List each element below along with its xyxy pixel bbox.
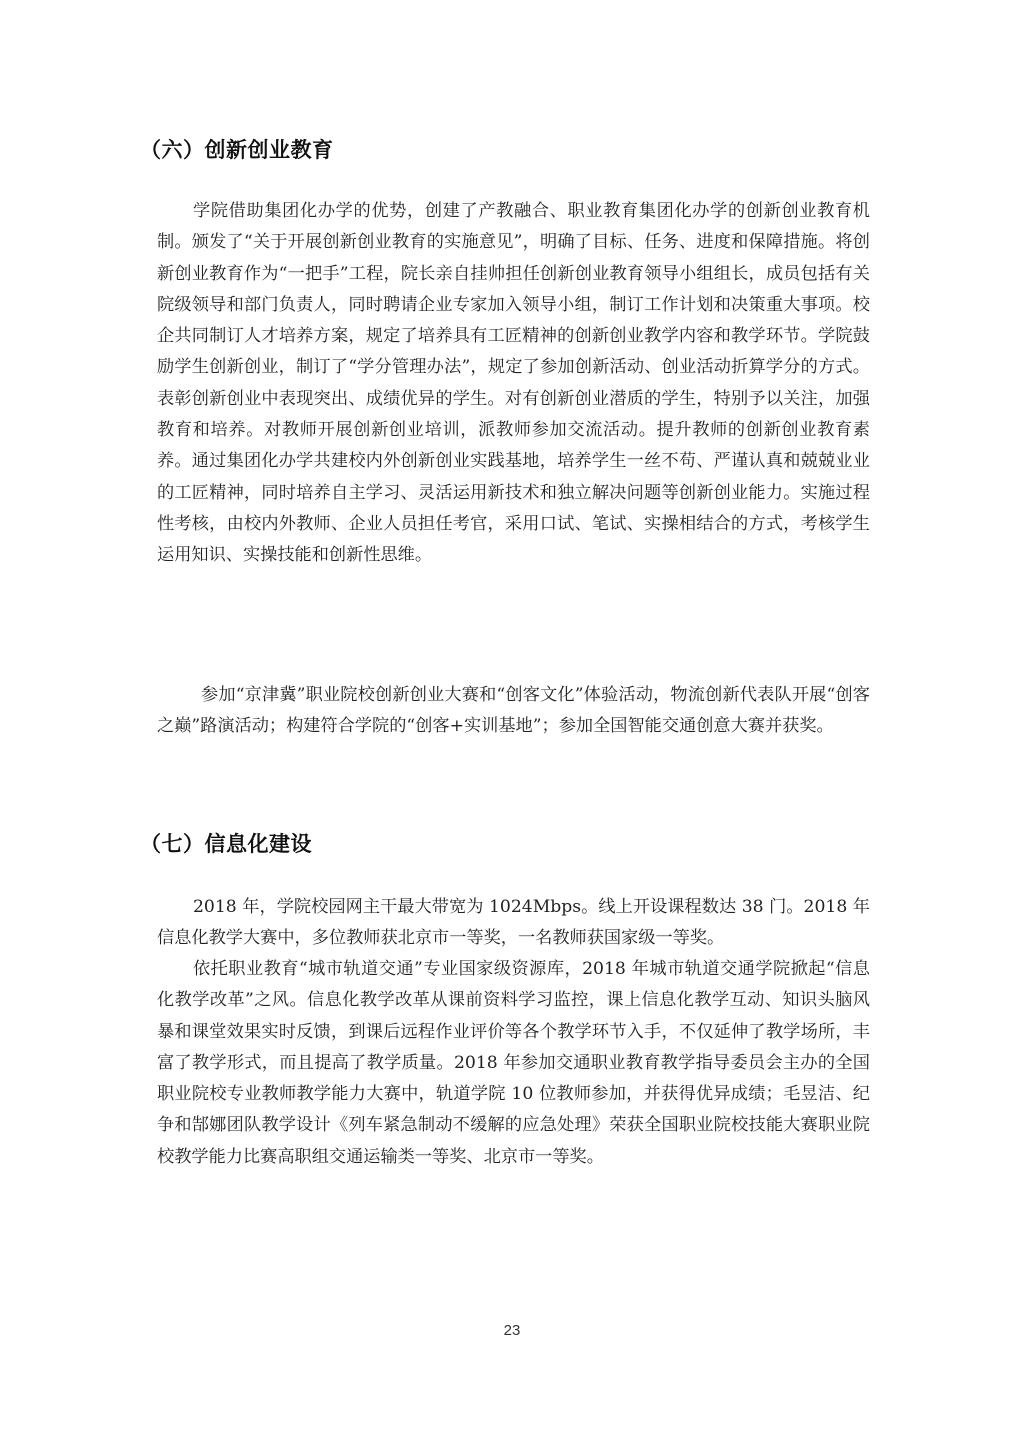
paragraph-teaching-reform: 依托职业教育“城市轨道交通”专业国家级资源库，2018 年城市轨道交通学院掀起“… [157,954,870,1173]
section-heading-innovation-entrepreneurship: （六）创新创业教育 [140,134,334,164]
paragraph-network-stats: 2018 年，学院校园网主干最大带宽为 1024Mbps。线上开设课程数达 38… [157,892,870,955]
paragraph-innovation-mechanism: 学院借助集团化办学的优势，创建了产教融合、职业教育集团化办学的创新创业教育机制。… [157,196,870,572]
paragraph-innovation-activities: 参加“京津冀”职业院校创新创业大赛和“创客文化”体验活动，物流创新代表队开展“创… [157,680,870,743]
section-heading-informatization: （七）信息化建设 [140,828,312,858]
document-page: （六）创新创业教育 学院借助集团化办学的优势，创建了产教融合、职业教育集团化办学… [0,0,1024,1448]
page-number: 23 [0,1322,1024,1339]
